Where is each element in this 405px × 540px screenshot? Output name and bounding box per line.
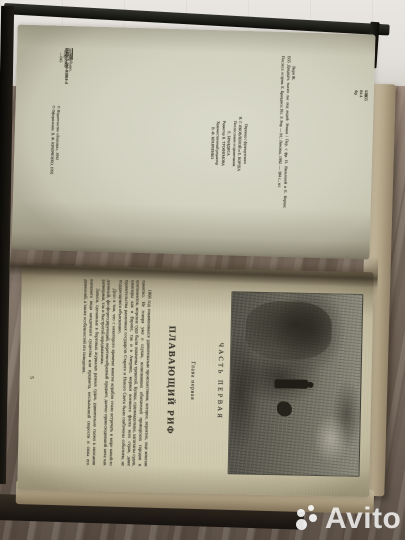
print-code-note: без объявл.: [67, 53, 73, 72]
engraving-figure-silhouette: [274, 379, 308, 389]
avito-logo-icon: [296, 504, 322, 534]
bbk-code-line: ББК 84.4 Фр: [353, 90, 369, 101]
copyright-block: © Издательство «Лексика», 1992 © Оформле…: [47, 105, 61, 219]
avito-logo-dot: [308, 505, 314, 511]
avito-logo-dot: [309, 514, 317, 522]
avito-logo-dot: [296, 519, 307, 530]
imprint-page: ББК 84.4 Фр В35 Верн Ж. В35 Двадцать тыс…: [11, 25, 375, 260]
engraving-second-figure: [277, 401, 292, 416]
chapter-first-page: ЧАСТЬ ПЕРВАЯ Глава первая ПЛАВАЮЩИЙ РИФ …: [17, 265, 374, 497]
bbk-code-block: ББК 84.4 Фр В35: [364, 90, 369, 101]
chapter-engraving-illustration: [228, 291, 364, 477]
page-number: 5: [26, 265, 36, 490]
isbn-line: ISBN 5-280-01864-4: [60, 48, 70, 220]
avito-watermark: Avito: [296, 497, 405, 540]
avito-watermark-text: Avito: [325, 504, 401, 534]
photo-of-open-book: ББК 84.4 Фр В35 Верн Ж. В35 Двадцать тыс…: [0, 0, 405, 540]
chapter-body-text: 1866 год ознаменовался удивительным прои…: [79, 279, 152, 466]
imprint-bottom-block: В 4803010102—045 101(03)—92 без объявл. …: [47, 48, 73, 221]
avito-logo-dot: [297, 509, 305, 517]
engraving-rock-shape: [245, 301, 332, 361]
body-paragraph: 1866 год ознаменовался удивительным прои…: [114, 280, 153, 467]
bibliographic-block: Верн Ж. В35 Двадцать тысяч лье под водой…: [277, 56, 297, 208]
chapter-heading: Глава первая: [187, 268, 198, 493]
credits-block: Перевод с французского Н. Г. ЯКОВЛЕВОЙ и…: [207, 70, 250, 217]
chapter-title: ПЛАВАЮЩИЙ РИФ: [164, 268, 179, 493]
part-heading: ЧАСТЬ ПЕРВАЯ: [214, 269, 226, 494]
